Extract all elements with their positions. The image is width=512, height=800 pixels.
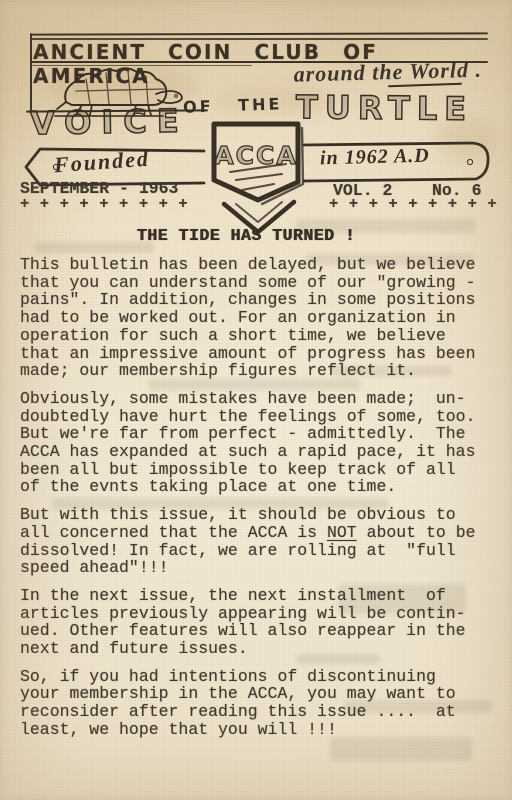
typed-line: all concerned that the ACCA is NOT about…	[20, 524, 504, 542]
typed-line: But with this issue, it should be obviou…	[20, 506, 504, 524]
paragraph: In the next issue, the next installment …	[20, 587, 504, 658]
typed-line: doubtedly have hurt the feelings of some…	[20, 408, 504, 426]
founded-year-label: in 1962 A.D	[320, 145, 430, 171]
shield-label: ACCA	[214, 141, 297, 170]
typed-line: This bulletin has been delayed, but we b…	[20, 256, 504, 274]
turtle-drawing	[46, 64, 198, 116]
plus-row-left: + + + + + + + + +	[20, 195, 188, 213]
typed-line: operation for such a short time, we beli…	[20, 327, 504, 345]
typed-line: that an impressive amount of progress ha…	[20, 345, 504, 363]
typed-line: dissolved! In fact, we are rolling at "f…	[20, 542, 504, 560]
typed-line: speed ahead"!!!	[20, 559, 504, 577]
typed-line: Obviously, some mistakes have been made;…	[20, 390, 504, 408]
typed-line: reconsider after reading this issue ....…	[20, 703, 504, 721]
typed-line: In the next issue, the next installment …	[20, 587, 504, 605]
typed-line: of the evnts taking place at one time.	[20, 478, 504, 496]
left-border-rule	[30, 33, 32, 113]
typed-line: ued. Other features will also reappear i…	[20, 622, 504, 640]
typed-line: least, we hope that you will !!!	[20, 721, 504, 739]
top-rule	[30, 32, 488, 35]
typed-line: But we're far from perfect - admittedly.…	[20, 425, 504, 443]
newsletter-page: ANCIENT COIN CLUB OF AMERICA around the …	[0, 0, 512, 800]
paragraph: But with this issue, it should be obviou…	[20, 506, 504, 577]
acca-shield: ACCA	[202, 116, 312, 238]
paragraph: This bulletin has been delayed, but we b…	[20, 256, 504, 380]
typed-line: that you can understand some of our "gro…	[20, 274, 504, 292]
typed-line: had to be worked out. For an organizatio…	[20, 309, 504, 327]
typed-line: been all but impossible to keep track of…	[20, 461, 504, 479]
headline: THE TIDE HAS TURNED !	[0, 226, 492, 245]
typed-line: pains". In addition, changes in some pos…	[20, 291, 504, 309]
typed-line: articles previously appearing will be co…	[20, 605, 504, 623]
masthead-title-turtle: TURTLE	[296, 88, 473, 128]
typed-line: So, if you had intentions of discontinui…	[20, 668, 504, 686]
plus-row-right: + + + + + + + + +	[329, 195, 497, 213]
paragraph: So, if you had intentions of discontinui…	[20, 668, 504, 739]
typed-line: your membership in the ACCA, you may wan…	[20, 685, 504, 703]
typed-line: ACCA has expanded at such a rapid pace, …	[20, 443, 504, 461]
article-body: This bulletin has been delayed, but we b…	[20, 256, 504, 749]
typed-line: next and future issues.	[20, 640, 504, 658]
typed-line: made; our membership figures reflect it.	[20, 362, 504, 380]
paragraph: Obviously, some mistakes have been made;…	[20, 390, 504, 496]
